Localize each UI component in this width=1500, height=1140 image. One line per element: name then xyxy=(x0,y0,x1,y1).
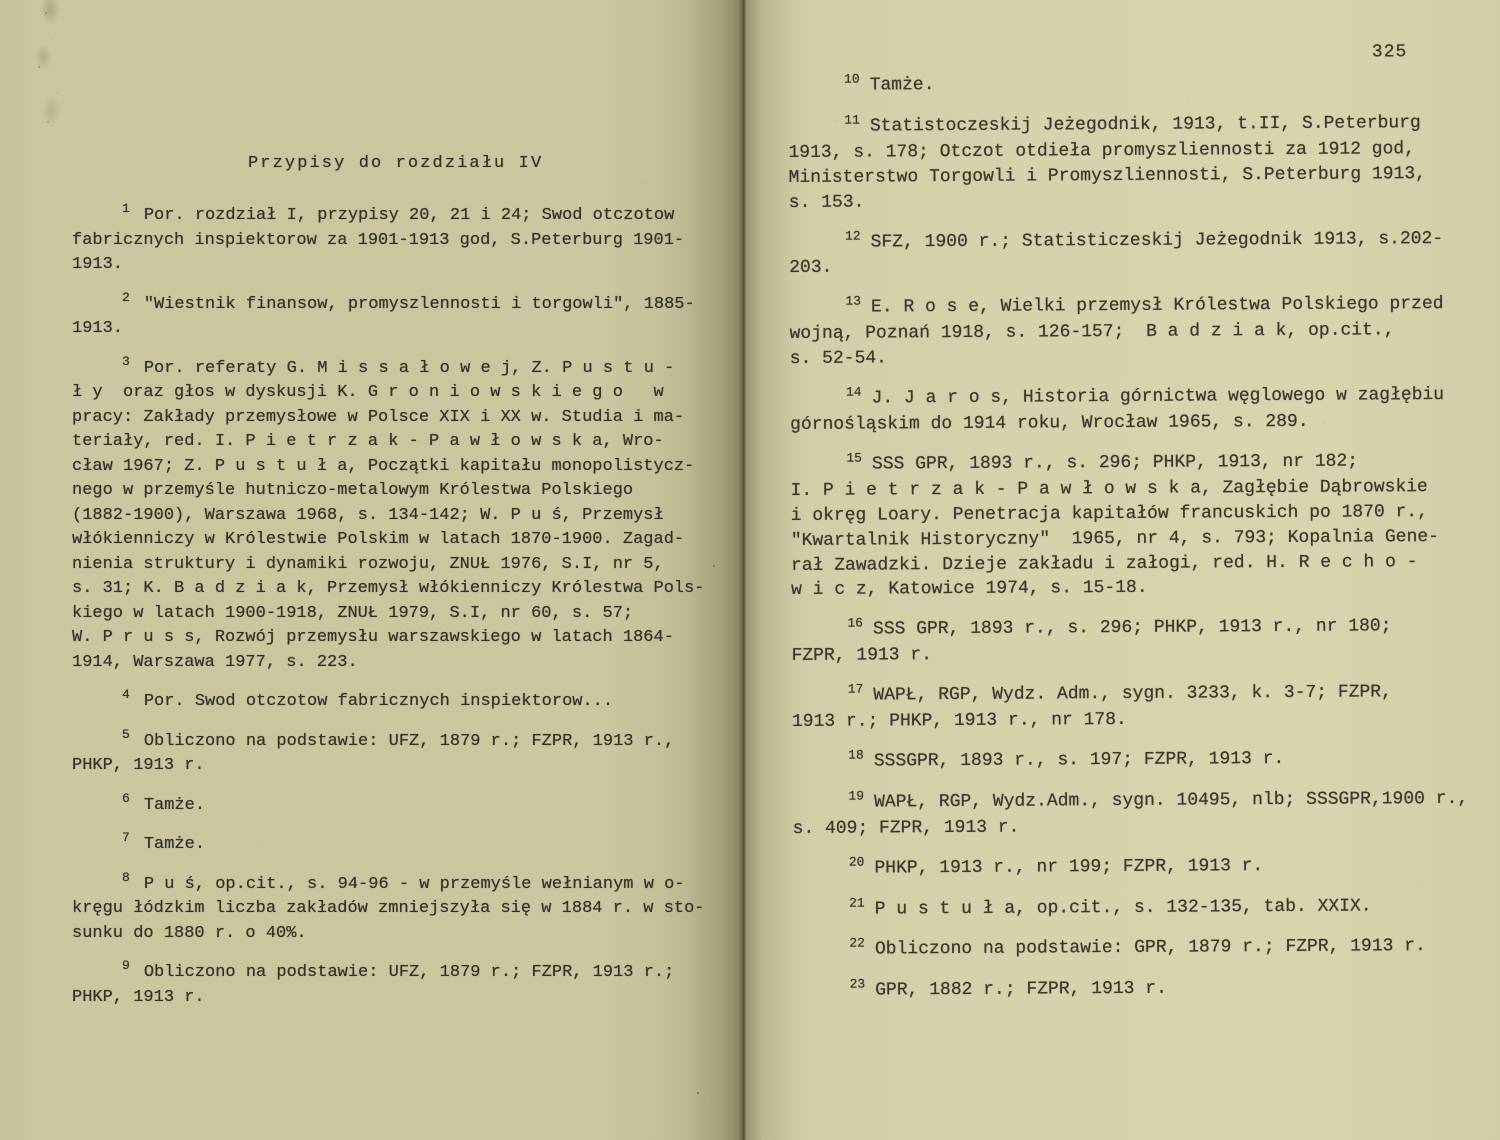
footnote-line: I. P i e t r z a k - P a w ł o w s k a, … xyxy=(790,474,1495,503)
footnote-item: 16SSS GPR, 1893 r., s. 296; PHKP, 1913 r… xyxy=(791,614,1496,669)
footnote-line: 9Obliczono na podstawie: UFZ, 1879 r.; F… xyxy=(72,961,712,986)
footnote-text: Tamże. xyxy=(144,835,205,854)
footnote-line: 20PHKP, 1913 r., nr 199; FZPR, 1913 r. xyxy=(793,852,1498,882)
footnote-number: 3 xyxy=(122,350,130,375)
footnote-line: cław 1967; Z. P u s t u ł a, Początki ka… xyxy=(72,455,712,480)
footnote-number: 2 xyxy=(122,286,130,311)
footnote-item: 3Por. referaty G. M i s s a ł o w e j, Z… xyxy=(72,357,712,676)
footnote-line: s. 153. xyxy=(789,186,1494,215)
footnote-text: Por. Swod otczotow fabricznych inspiekto… xyxy=(144,692,613,711)
footnote-text: Tamże. xyxy=(144,796,205,815)
footnote-item: 20PHKP, 1913 r., nr 199; FZPR, 1913 r. xyxy=(793,852,1498,882)
footnote-line: 2"Wiestnik finansow, promyszlennosti i t… xyxy=(72,293,712,318)
section-title: Przypisy do rozdziału IV xyxy=(248,154,712,173)
footnote-item: 15SSS GPR, 1893 r., s. 296; PHKP, 1913, … xyxy=(790,449,1496,604)
footnote-item: 11Statistoczeskij Jeżegodnik, 1913, t.II… xyxy=(788,111,1494,216)
footnote-number: 1 xyxy=(122,197,130,222)
footnote-item: 12SFZ, 1900 r.; Statisticzeskij Jeżegodn… xyxy=(789,226,1494,281)
footnote-line: włókienniczy w Królestwie Polskim w lata… xyxy=(72,528,712,553)
footnote-text: PHKP, 1913 r., nr 199; FZPR, 1913 r. xyxy=(874,856,1263,878)
footnotes-right: 10Tamże.11Statistoczeskij Jeżegodnik, 19… xyxy=(788,70,1499,1006)
footnote-text: P u s t u ł a, op.cit., s. 132-135, tab.… xyxy=(875,896,1372,919)
footnote-text: Obliczono na podstawie: UFZ, 1879 r.; FZ… xyxy=(144,732,675,751)
footnote-line: 18SSSGPR, 1893 r., s. 197; FZPR, 1913 r. xyxy=(792,746,1497,776)
footnote-number: 12 xyxy=(845,224,861,249)
page-left: Przypisy do rozdziału IV 1Por. rozdział … xyxy=(0,0,747,1140)
footnote-number: 16 xyxy=(847,612,863,637)
footnote-line: 10Tamże. xyxy=(788,70,1493,100)
footnote-line: 4Por. Swod otczotow fabricznych inspiekt… xyxy=(72,690,712,715)
footnote-line: 1913. xyxy=(72,253,712,278)
footnote-text: Tamże. xyxy=(870,75,935,95)
footnote-item: 22Obliczono na podstawie: GPR, 1879 r.; … xyxy=(793,934,1498,964)
footnote-item: 4Por. Swod otczotow fabricznych inspiekt… xyxy=(72,690,712,715)
footnote-number: 10 xyxy=(844,68,860,93)
footnote-line: 16SSS GPR, 1893 r., s. 296; PHKP, 1913 r… xyxy=(791,614,1496,644)
page-right-content: 325 10Tamże.11Statistoczeskij Jeżegodnik… xyxy=(788,70,1499,1021)
footnote-text: Por. rozdział I, przypisy 20, 21 i 24; S… xyxy=(144,206,675,225)
footnote-line: 21P u s t u ł a, op.cit., s. 132-135, ta… xyxy=(793,893,1498,923)
footnote-line: 1Por. rozdział I, przypisy 20, 21 i 24; … xyxy=(72,204,712,229)
footnote-line: teriały, red. I. P i e t r z a k - P a w… xyxy=(72,430,712,455)
footnote-text: P u ś, op.cit., s. 94-96 - w przemyśle w… xyxy=(144,875,685,894)
footnote-item: 10Tamże. xyxy=(788,70,1493,100)
footnote-line: 6Tamże. xyxy=(72,794,712,819)
book-scan: Przypisy do rozdziału IV 1Por. rozdział … xyxy=(0,0,1500,1140)
footnote-line: Ministerstwo Torgowli i Promyszliennosti… xyxy=(789,161,1494,190)
footnote-number: 20 xyxy=(849,850,865,875)
page-left-content: Przypisy do rozdziału IV 1Por. rozdział … xyxy=(72,154,712,1025)
footnote-number: 21 xyxy=(849,891,865,916)
footnote-line: 5Obliczono na podstawie: UFZ, 1879 r.; F… xyxy=(72,730,712,755)
footnote-number: 9 xyxy=(122,954,130,979)
footnote-text: "Wiestnik finansow, promyszlennosti i to… xyxy=(144,295,695,314)
footnote-item: 2"Wiestnik finansow, promyszlennosti i t… xyxy=(72,293,712,342)
footnote-text: Por. referaty G. M i s s a ł o w e j, Z.… xyxy=(144,359,675,378)
footnote-line: W. P r u s s, Rozwój przemysłu warszawsk… xyxy=(72,626,712,651)
footnote-text: E. R o s e, Wielki przemysł Królestwa Po… xyxy=(871,294,1444,317)
footnote-number: 19 xyxy=(848,784,864,809)
footnote-number: 15 xyxy=(846,446,862,471)
footnote-line: nienia struktury i dynamiki rozwoju, ZNU… xyxy=(72,553,712,578)
footnote-number: 11 xyxy=(844,108,860,133)
footnote-text: J. J a r o s, Historia górnictwa węglowe… xyxy=(872,385,1445,408)
footnotes-left: 1Por. rozdział I, przypisy 20, 21 i 24; … xyxy=(72,204,712,1010)
footnote-item: 21P u s t u ł a, op.cit., s. 132-135, ta… xyxy=(793,893,1498,923)
footnote-line: wojną, Poznań 1918, s. 126-157; B a d z … xyxy=(790,318,1495,347)
footnote-item: 1Por. rozdział I, przypisy 20, 21 i 24; … xyxy=(72,204,712,278)
footnote-item: 18SSSGPR, 1893 r., s. 197; FZPR, 1913 r. xyxy=(792,746,1497,776)
footnote-number: 23 xyxy=(849,973,865,998)
footnote-line: FZPR, 1913 r. xyxy=(791,640,1496,669)
footnote-line: 1913. xyxy=(72,317,712,342)
footnote-text: Statistoczeskij Jeżegodnik, 1913, t.II, … xyxy=(870,113,1421,136)
footnote-text: GPR, 1882 r.; FZPR, 1913 r. xyxy=(875,979,1167,1001)
footnote-line: górnośląskim do 1914 roku, Wrocław 1965,… xyxy=(790,409,1495,438)
footnote-line: sunku do 1880 r. o 40%. xyxy=(72,922,712,947)
footnote-number: 4 xyxy=(122,683,130,708)
footnote-line: 203. xyxy=(789,252,1494,281)
footnote-number: 18 xyxy=(848,743,864,768)
footnote-line: 1913 r.; PHKP, 1913 r., nr 178. xyxy=(792,706,1497,735)
footnote-text: WAPŁ, RGP, Wydz.Adm., sygn. 10495, nlb; … xyxy=(874,789,1468,813)
footnote-item: 5Obliczono na podstawie: UFZ, 1879 r.; F… xyxy=(72,730,712,779)
footnote-line: 19WAPŁ, RGP, Wydz.Adm., sygn. 10495, nlb… xyxy=(792,787,1497,817)
footnote-text: SSS GPR, 1893 r., s. 296; PHKP, 1913, nr… xyxy=(872,451,1358,474)
footnote-item: 9Obliczono na podstawie: UFZ, 1879 r.; F… xyxy=(72,961,712,1010)
footnote-text: SSSGPR, 1893 r., s. 197; FZPR, 1913 r. xyxy=(874,749,1285,772)
footnote-line: fabricznych inspiektorow za 1901-1913 go… xyxy=(72,229,712,254)
footnote-line: 17WAPŁ, RGP, Wydz. Adm., sygn. 3233, k. … xyxy=(792,680,1497,710)
footnote-line: s. 31; K. B a d z i a k, Przemysł włókie… xyxy=(72,577,712,602)
footnote-line: 12SFZ, 1900 r.; Statisticzeskij Jeżegodn… xyxy=(789,226,1494,256)
footnote-number: 6 xyxy=(122,787,130,812)
footnote-line: 11Statistoczeskij Jeżegodnik, 1913, t.II… xyxy=(788,111,1493,141)
footnote-line: ł y oraz głos w dyskusji K. G r o n i o … xyxy=(72,381,712,406)
footnote-number: 8 xyxy=(122,866,130,891)
footnote-text: Obliczono na podstawie: GPR, 1879 r.; FZ… xyxy=(875,937,1426,960)
footnote-line: 23GPR, 1882 r.; FZPR, 1913 r. xyxy=(794,975,1499,1005)
footnote-line: kręgu łódzkim liczba zakładów zmniejszył… xyxy=(72,897,712,922)
footnote-line: s. 52-54. xyxy=(790,343,1495,372)
footnote-number: 5 xyxy=(122,723,130,748)
footnote-line: 7Tamże. xyxy=(72,833,712,858)
footnote-item: 17WAPŁ, RGP, Wydz. Adm., sygn. 3233, k. … xyxy=(792,680,1497,735)
footnote-number: 14 xyxy=(846,381,862,406)
page-right: 325 10Tamże.11Statistoczeskij Jeżegodnik… xyxy=(747,0,1500,1140)
footnote-line: PHKP, 1913 r. xyxy=(72,754,712,779)
footnote-item: 13E. R o s e, Wielki przemysł Królestwa … xyxy=(789,292,1494,372)
footnote-line: rał Zawadzki. Dzieje zakładu i załogi, r… xyxy=(791,549,1496,578)
footnote-number: 7 xyxy=(122,826,130,851)
footnote-number: 17 xyxy=(848,678,864,703)
footnote-line: 8P u ś, op.cit., s. 94-96 - w przemyśle … xyxy=(72,873,712,898)
footnote-number: 22 xyxy=(849,932,865,957)
footnote-line: i okręg Loary. Penetracja kapitałów fran… xyxy=(791,499,1496,528)
footnote-line: kiego w latach 1900-1918, ZNUŁ 1979, S.I… xyxy=(72,602,712,627)
footnote-line: 22Obliczono na podstawie: GPR, 1879 r.; … xyxy=(793,934,1498,964)
footnote-line: 1914, Warszawa 1977, s. 223. xyxy=(72,651,712,676)
footnote-line: w i c z, Katowice 1974, s. 15-18. xyxy=(791,574,1496,603)
footnote-line: (1882-1900), Warszawa 1968, s. 134-142; … xyxy=(72,504,712,529)
footnote-number: 13 xyxy=(845,290,861,315)
footnote-text: Obliczono na podstawie: UFZ, 1879 r.; FZ… xyxy=(144,963,675,982)
footnote-text: SFZ, 1900 r.; Statisticzeskij Jeżegodnik… xyxy=(871,229,1444,252)
footnote-line: PHKP, 1913 r. xyxy=(72,986,712,1011)
footnote-line: nego w przemyśle hutniczo-metalowym Król… xyxy=(72,479,712,504)
footnote-text: WAPŁ, RGP, Wydz. Adm., sygn. 3233, k. 3-… xyxy=(873,682,1392,705)
page-number: 325 xyxy=(1372,42,1408,62)
footnote-text: SSS GPR, 1893 r., s. 296; PHKP, 1913 r.,… xyxy=(873,617,1392,640)
footnote-line: 14J. J a r o s, Historia górnictwa węglo… xyxy=(790,383,1495,413)
footnote-line: pracy: Zakłady przemysłowe w Polsce XIX … xyxy=(72,406,712,431)
footnote-item: 8P u ś, op.cit., s. 94-96 - w przemyśle … xyxy=(72,873,712,947)
footnote-item: 14J. J a r o s, Historia górnictwa węglo… xyxy=(790,383,1495,438)
footnote-line: "Kwartalnik Historyczny" 1965, nr 4, s. … xyxy=(791,524,1496,553)
footnote-item: 7Tamże. xyxy=(72,833,712,858)
footnote-line: 3Por. referaty G. M i s s a ł o w e j, Z… xyxy=(72,357,712,382)
footnote-item: 19WAPŁ, RGP, Wydz.Adm., sygn. 10495, nlb… xyxy=(792,787,1497,842)
footnote-item: 23GPR, 1882 r.; FZPR, 1913 r. xyxy=(794,975,1499,1005)
footnote-item: 6Tamże. xyxy=(72,794,712,819)
footnote-line: s. 409; FZPR, 1913 r. xyxy=(793,812,1498,841)
